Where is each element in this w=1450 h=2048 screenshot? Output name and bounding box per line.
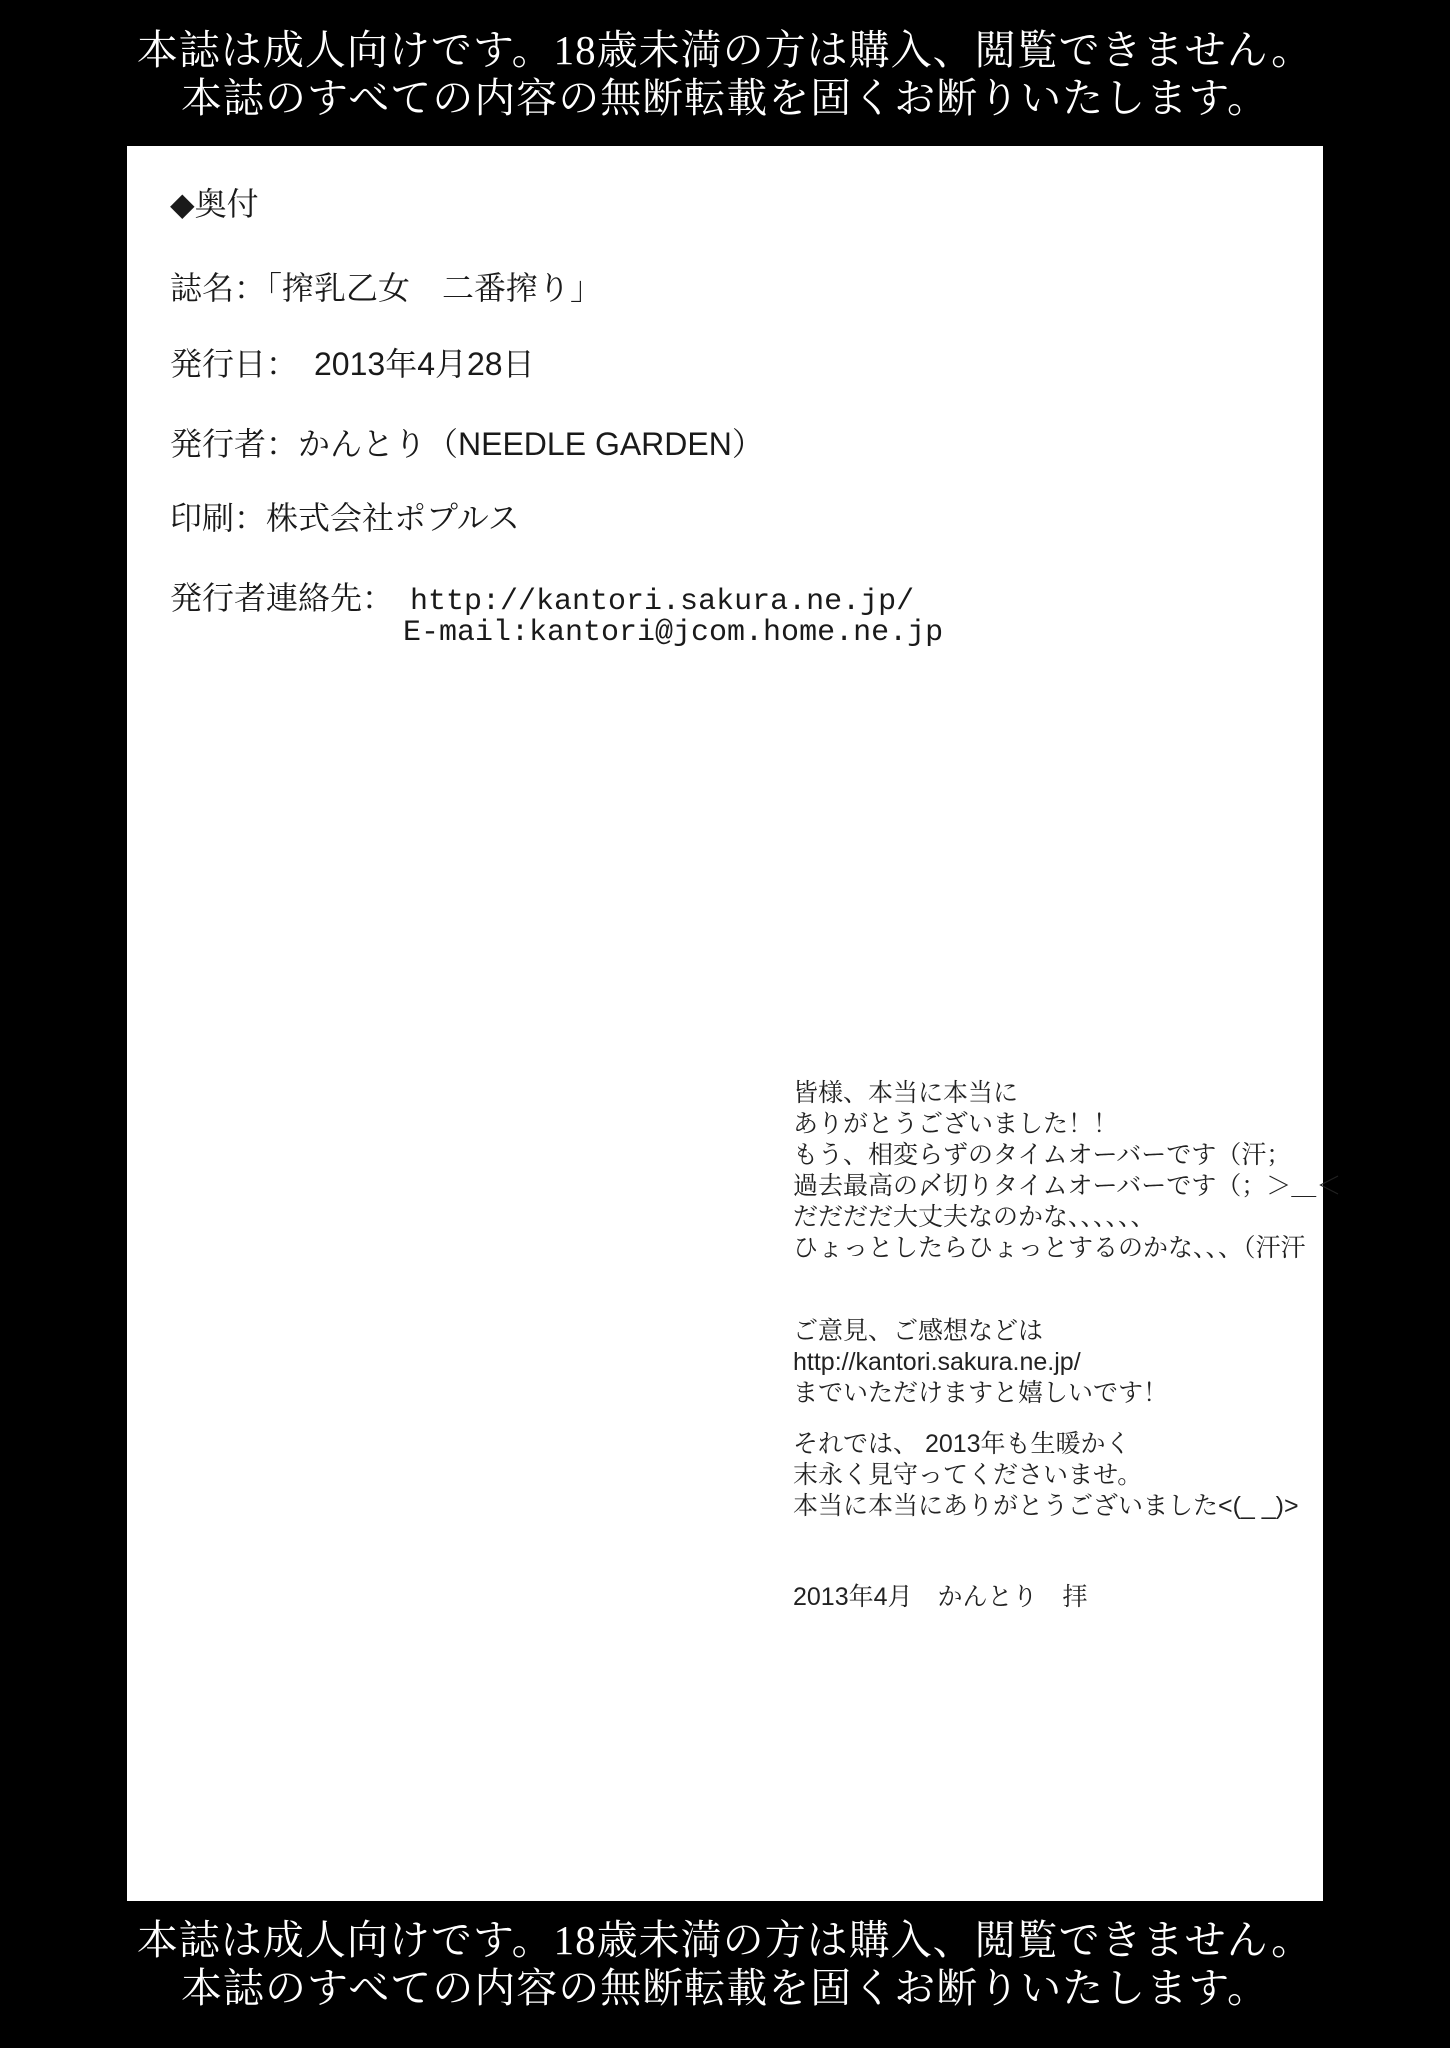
feedback-url: http://kantori.sakura.ne.jp/ <box>793 1347 1168 1378</box>
colophon-heading: ◆奥付 <box>170 179 259 225</box>
book-title: 誌名：「搾乳乙女 二番搾り」 <box>170 263 602 309</box>
author-signature: 2013年4月 かんとり 拝 <box>793 1582 1088 1613</box>
afterword-line: 末永く見守ってくださいませ。 <box>793 1460 1299 1491</box>
afterword-line: それでは、 2013年も生暖かく <box>793 1429 1299 1460</box>
publisher-contact-label: 発行者連絡先： <box>170 580 410 616</box>
afterword-thanks: 皆様、本当に本当に ありがとうございました！！ もう、相変らずのタイムオーバーで… <box>793 1078 1341 1264</box>
afterword-closing: それでは、 2013年も生暖かく 末永く見守ってくださいませ。 本当に本当にあり… <box>793 1429 1299 1522</box>
age-warning-bottom-line2: 本誌のすべての内容の無断転載を固くお断りいたします。 <box>0 1964 1450 2012</box>
age-warning-top: 本誌は成人向けです。18歳未満の方は購入、閲覧できません。 本誌のすべての内容の… <box>0 26 1450 122</box>
afterword-line: ご意見、ご感想などは <box>793 1316 1168 1347</box>
afterword-line: までいただけますと嬉しいです！ <box>793 1378 1168 1409</box>
publisher-email: E-mail:kantori@jcom.home.ne.jp <box>403 616 943 650</box>
age-warning-bottom: 本誌は成人向けです。18歳未満の方は購入、閲覧できません。 本誌のすべての内容の… <box>0 1916 1450 2012</box>
publisher-website-url: http://kantori.sakura.ne.jp/ <box>410 585 914 619</box>
afterword-line: もう、相変らずのタイムオーバーです（汗； <box>793 1140 1341 1171</box>
colophon-sheet: ◆奥付 誌名：「搾乳乙女 二番搾り」 発行日： 2013年4月28日 発行者：か… <box>127 146 1323 1901</box>
afterword-line: だだだだ大丈夫なのかな、、、、、、 <box>793 1202 1341 1233</box>
afterword-line: ひょっとしたらひょっとするのかな、、、（汗汗 <box>793 1233 1341 1264</box>
age-warning-top-line1: 本誌は成人向けです。18歳未満の方は購入、閲覧できません。 <box>0 26 1450 74</box>
printer: 印刷：株式会社ポプルス <box>170 493 520 539</box>
age-warning-bottom-line1: 本誌は成人向けです。18歳未満の方は購入、閲覧できません。 <box>0 1916 1450 1964</box>
afterword-feedback: ご意見、ご感想などは http://kantori.sakura.ne.jp/ … <box>793 1316 1168 1409</box>
colophon-page: { "warning": { "line1": "本誌は成人向けです。18歳未満… <box>0 0 1450 2048</box>
afterword-line: 皆様、本当に本当に <box>793 1078 1341 1109</box>
afterword-line: 過去最高の〆切りタイムオーバーです（；＞＿＜ <box>793 1171 1341 1202</box>
publication-date: 発行日： 2013年4月28日 <box>170 339 535 385</box>
publisher-contact: 発行者連絡先： http://kantori.sakura.ne.jp/ <box>170 573 914 619</box>
afterword-line: 本当に本当にありがとうございました<(_ _)> <box>793 1491 1299 1522</box>
publisher: 発行者：かんとり（NEEDLE GARDEN） <box>170 419 764 465</box>
afterword-line: ありがとうございました！！ <box>793 1109 1341 1140</box>
age-warning-top-line2: 本誌のすべての内容の無断転載を固くお断りいたします。 <box>0 74 1450 122</box>
